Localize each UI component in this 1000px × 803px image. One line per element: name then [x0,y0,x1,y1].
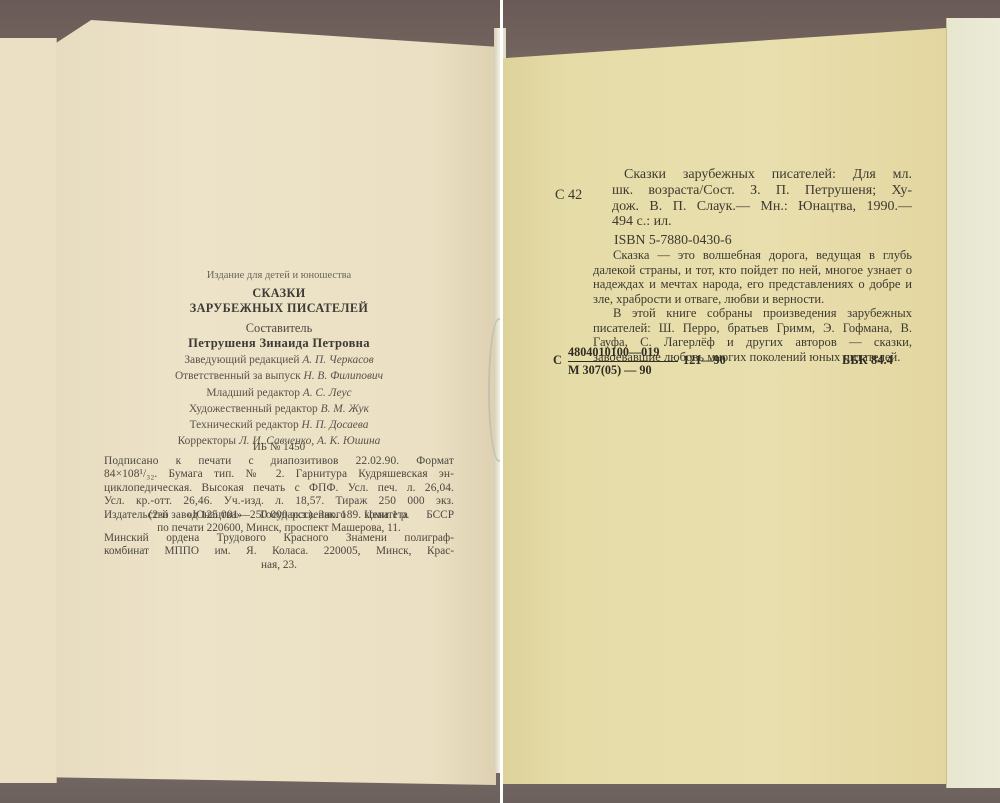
catalog-record: Сказки зарубежных писателей: Для мл. шк.… [612,167,912,230]
index-denominator: М 307(05) — 90 [568,363,652,378]
series-note: Издание для детей и юношества [104,268,454,283]
print-line: 84×108¹/₃₂. Бумага тип. № 2. Гарнитура К… [104,468,454,481]
staff-item: Заведующий редакцией А. П. Черкасов [104,352,454,368]
printer-info: Минский ордена Трудового Красного Знамен… [104,532,454,572]
right-page [503,28,946,784]
print-line: циклопедическая. Высокая печать с ФПФ. У… [104,482,454,495]
staff-list: Заведующий редакцией А. П. Черкасов Отве… [104,352,454,450]
compiler-label: Составитель [104,321,454,336]
staff-item: Технический редактор Н. П. Досаева [104,417,454,433]
staff-item: Ответственный за выпуск Н. В. Филипович [104,368,454,384]
index-numerator: 4804010100—019 [568,345,659,360]
right-page-edge [946,18,1000,788]
compiler-name: Петрушеня Зинаида Петровна [104,336,454,351]
book-title: СКАЗКИ ЗАРУБЕЖНЫХ ПИСАТЕЛЕЙ [104,286,454,316]
index-suffix: 121—90 [683,353,726,368]
index-prefix: С [553,353,562,368]
bbk-code: ББК 84.4 [842,353,893,368]
book-title-line2: ЗАРУБЕЖНЫХ ПИСАТЕЛЕЙ [104,301,454,316]
catalog-code: С 42 [555,187,582,204]
staff-item: Художественный редактор В. М. Жук [104,401,454,417]
staff-item: Младший редактор А. С. Леус [104,385,454,401]
fraction-bar [568,361,678,362]
annotation-paragraph: Сказка — это волшебная дорога, ведущая в… [593,248,912,306]
print-line: Подписано к печати с диапозитивов 22.02.… [104,455,454,468]
isbn: ISBN 5-7880-0430-6 [614,232,732,248]
ib-number: ИБ № 1450 [104,440,454,455]
left-page-edge [0,38,57,783]
book-title-line1: СКАЗКИ [104,286,454,301]
print-line: Усл. кр.-отт. 26,46. Уч.-изд. л. 18,57. … [104,495,454,508]
photo-divider [500,0,503,803]
